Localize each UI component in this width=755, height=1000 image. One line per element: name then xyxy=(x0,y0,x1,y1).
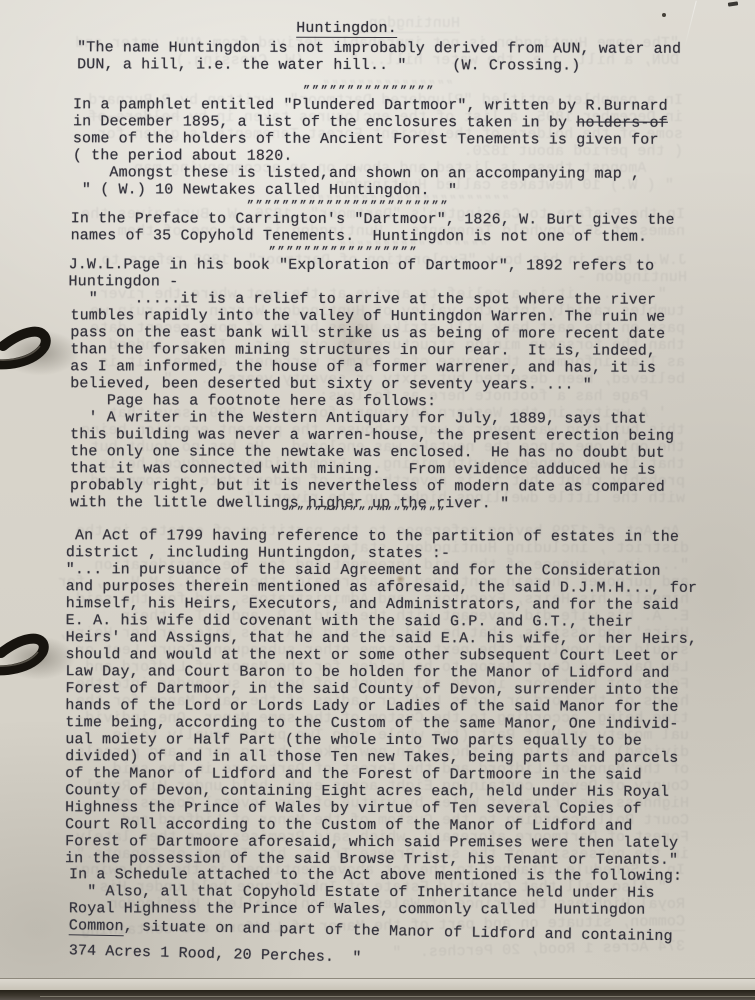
page-edge-highlight xyxy=(40,996,755,997)
crossing-quote-paragraph: "The name Huntingdon is not improbably d… xyxy=(77,39,681,75)
stack-shadow-edge xyxy=(0,990,755,1000)
binder-ring-icon xyxy=(0,628,56,687)
page-book-reference: J.W.L.Page in his book "Exploration of D… xyxy=(69,256,655,292)
plundered-dartmoor-paragraph: In a pamphlet entitled "Plundered Dartmo… xyxy=(73,96,668,200)
act-of-1799-paragraph: An Act of 1799 having reference to the p… xyxy=(65,527,697,869)
typewritten-content: Huntingdon."The name Huntingdon is not i… xyxy=(0,0,755,979)
page-quote-and-footnote: " .....it is a relief to arrive at the s… xyxy=(70,290,675,513)
paper: Huntingdon."The name Huntingdon is not i… xyxy=(0,0,755,979)
typed-separator: ””””””””””””””” xyxy=(303,85,435,97)
binder-ring-icon xyxy=(0,320,58,379)
scanned-document-photo: Huntingdon."The name Huntingdon is not i… xyxy=(0,0,755,1000)
underlying-page-edge xyxy=(0,979,755,990)
carrington-preface-paragraph: In the Preface to Carrington's "Dartmoor… xyxy=(71,210,675,246)
page-title: Huntingdon. xyxy=(296,20,397,37)
typed-separator: ”””””””””””””””””” xyxy=(288,506,446,518)
schedule-paragraph: In a Schedule attached to the Act above … xyxy=(69,866,682,961)
